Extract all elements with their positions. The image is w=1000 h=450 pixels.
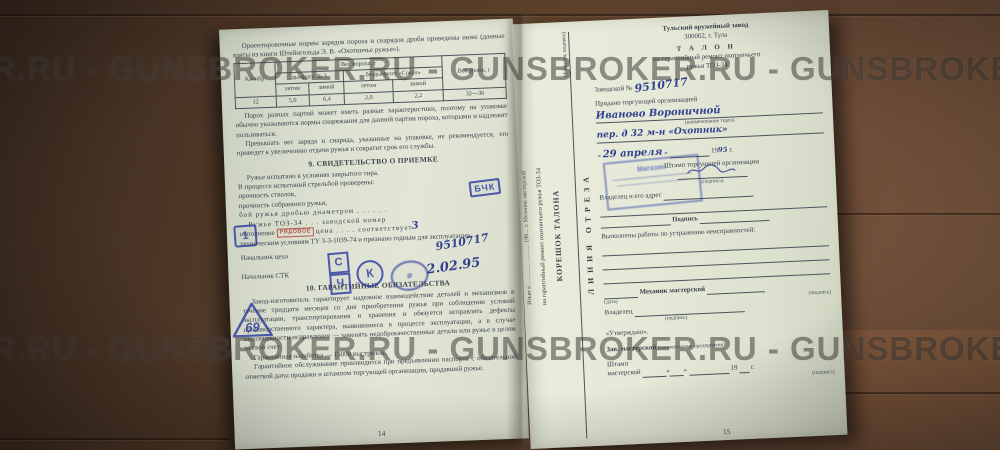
- ryadovoe-stamp: РЯДОВОЕ: [276, 227, 314, 238]
- date-note: (дата): [604, 299, 618, 307]
- signature-label: Подпись: [672, 215, 698, 223]
- number-1-stamp: 1: [233, 224, 258, 248]
- cut-line-label: ЛИНИЯ ОТРЕЗА: [581, 172, 596, 295]
- page-number-14: 14: [235, 423, 529, 444]
- cell-caliber: 12: [235, 96, 276, 109]
- cell-smokeless-summer: 2,0: [344, 91, 393, 104]
- cell-smokeless-winter: 2,2: [393, 89, 444, 102]
- workshop-stamp-label-2: мастерской: [607, 368, 640, 376]
- photo-of-gun-passport: Ориентировочные нормы зарядов пороха и с…: [0, 0, 1000, 450]
- shop-ink-stamp: Магазин: [603, 154, 703, 211]
- mechanic-label: Механик мастерской: [639, 286, 705, 296]
- s-inspector-stamp: С: [327, 251, 350, 274]
- ch-inspector-stamp: Ч: [329, 273, 351, 295]
- shop-stamp-text: Магазин: [637, 164, 666, 174]
- watermark-middle: R.RU - GUNSBROKER.RU - GUNSBROKER.RU - G…: [0, 330, 1000, 368]
- year-suffix: г.: [729, 146, 733, 153]
- cell-shot: 32—36: [443, 87, 506, 101]
- open-quote: «: [597, 152, 601, 159]
- signature-note: (подпись): [808, 289, 831, 297]
- wood-seam: [0, 438, 230, 440]
- owner-label: Владелец: [605, 308, 633, 316]
- close-quote: »: [664, 149, 668, 156]
- wood-seam: [820, 392, 1000, 394]
- watermark-top: R.RU - GUNSBROKER.RU - GUNSBROKER.RU - G…: [0, 50, 1000, 88]
- cell-smoky-winter: 6,4: [309, 93, 344, 106]
- year-handwritten: 95: [718, 146, 728, 154]
- cell-smoky-summer: 5,0: [276, 95, 310, 108]
- wood-seam: [0, 14, 1000, 16]
- wood-seam: [830, 213, 1000, 215]
- page-number-15: 15: [606, 422, 847, 443]
